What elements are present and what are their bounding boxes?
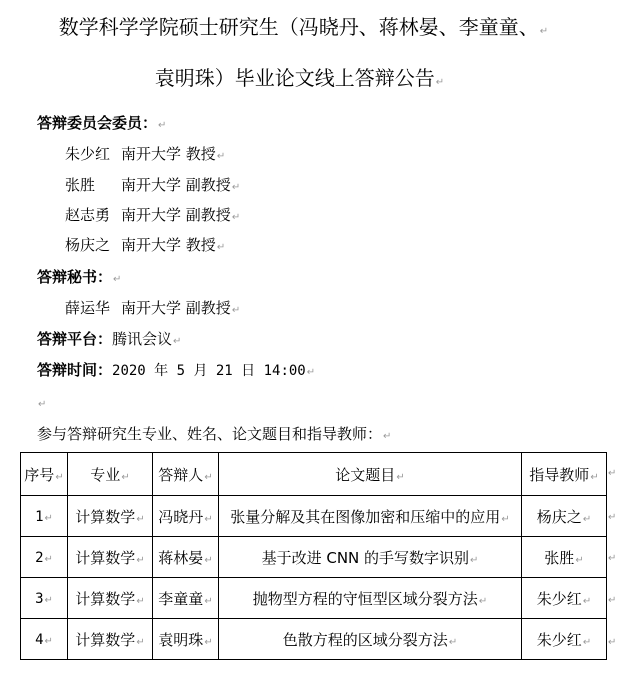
header-cell-advisor: 指导教师↵ xyxy=(522,453,607,496)
cell-candidate: 李童童↵ xyxy=(153,578,219,619)
secretary-affiliation: 南开大学 xyxy=(121,299,181,317)
committee-member: 杨庆之南开大学 教授↵ xyxy=(65,235,225,258)
secretary-label: 答辩秘书： xyxy=(37,268,112,286)
paragraph-mark-icon: ↵ xyxy=(501,514,509,525)
paragraph-mark-icon: ↵ xyxy=(583,596,591,607)
paragraph-mark-icon: ↵ xyxy=(55,472,63,483)
cell-advisor: 朱少红↵ xyxy=(522,578,607,619)
intro-text: 参与答辩研究生专业、姓名、论文题目和指导教师： xyxy=(37,425,382,443)
cell-advisor: 张胜↵ xyxy=(522,537,607,578)
header-cell-thesis-title: 论文题目↵ xyxy=(219,453,522,496)
table-row: 1↵ 计算数学↵ 冯晓丹↵ 张量分解及其在图像加密和压缩中的应用↵ 杨庆之↵ xyxy=(21,496,607,537)
paragraph-mark-icon: ↵ xyxy=(307,367,315,378)
committee-member: 赵志勇南开大学 副教授↵ xyxy=(65,205,240,228)
platform-line: 答辩平台：腾讯会议↵ xyxy=(37,329,181,352)
member-affiliation: 南开大学 xyxy=(121,236,181,254)
cell-thesis-title: 抛物型方程的守恒型区域分裂方法↵ xyxy=(219,578,522,619)
cell-index: 1↵ xyxy=(21,496,68,537)
row-end-mark-icon: ↵ xyxy=(608,512,616,523)
paragraph-mark-icon: ↵ xyxy=(232,182,240,193)
cell-candidate: 袁明珠↵ xyxy=(153,619,219,660)
table-row: 2↵ 计算数学↵ 蒋林晏↵ 基于改进 CNN 的手写数字识别↵ 张胜↵ xyxy=(21,537,607,578)
table-intro: 参与答辩研究生专业、姓名、论文题目和指导教师：↵ xyxy=(37,424,391,447)
paragraph-mark-icon: ↵ xyxy=(204,596,212,607)
paragraph-mark-icon: ↵ xyxy=(470,555,478,566)
row-end-mark-icon: ↵ xyxy=(608,595,616,606)
paragraph-mark-icon: ↵ xyxy=(121,472,129,483)
member-name: 朱少红 xyxy=(65,144,121,164)
cell-candidate: 冯晓丹↵ xyxy=(153,496,219,537)
platform-label: 答辩平台： xyxy=(37,330,112,348)
row-end-mark-icon: ↵ xyxy=(608,553,616,564)
document-title-line-2: 袁明珠）毕业论文线上答辩公告↵ xyxy=(0,66,611,95)
cell-advisor: 杨庆之↵ xyxy=(522,496,607,537)
paragraph-mark-icon: ↵ xyxy=(113,274,121,285)
secretary-entry: 薛运华南开大学 副教授↵ xyxy=(65,298,240,321)
paragraph-mark-icon: ↵ xyxy=(136,555,144,566)
paragraph-mark-icon: ↵ xyxy=(204,514,212,525)
cell-advisor: 朱少红↵ xyxy=(522,619,607,660)
row-end-mark-icon: ↵ xyxy=(608,637,616,648)
cell-thesis-title: 张量分解及其在图像加密和压缩中的应用↵ xyxy=(219,496,522,537)
paragraph-mark-icon: ↵ xyxy=(383,431,391,442)
paragraph-mark-icon: ↵ xyxy=(232,305,240,316)
paragraph-mark-icon: ↵ xyxy=(38,399,46,410)
paragraph-mark-icon: ↵ xyxy=(583,514,591,525)
paragraph-mark-icon: ↵ xyxy=(204,472,212,483)
title-text-2: 袁明珠）毕业论文线上答辩公告 xyxy=(155,66,435,90)
cell-major: 计算数学↵ xyxy=(68,537,153,578)
secretary-heading: 答辩秘书：↵ xyxy=(37,267,121,290)
member-affiliation: 南开大学 xyxy=(121,176,181,194)
paragraph-mark-icon: ↵ xyxy=(449,637,457,648)
member-title: 教授 xyxy=(186,236,216,254)
secretary-name: 薛运华 xyxy=(65,298,121,318)
paragraph-mark-icon: ↵ xyxy=(217,242,225,253)
member-name: 赵志勇 xyxy=(65,205,121,225)
paragraph-mark-icon: ↵ xyxy=(45,513,53,524)
secretary-title: 副教授 xyxy=(186,299,231,317)
cell-index: 2↵ xyxy=(21,537,68,578)
cell-major: 计算数学↵ xyxy=(68,578,153,619)
paragraph-mark-icon: ↵ xyxy=(583,637,591,648)
paragraph-mark-icon: ↵ xyxy=(45,554,53,565)
member-name: 张胜 xyxy=(65,175,121,195)
time-value: 2020 年 5 月 21 日 14:00 xyxy=(112,363,306,379)
cell-thesis-title: 色散方程的区域分裂方法↵ xyxy=(219,619,522,660)
table-row: 4↵ 计算数学↵ 袁明珠↵ 色散方程的区域分裂方法↵ 朱少红↵ xyxy=(21,619,607,660)
paragraph-mark-icon: ↵ xyxy=(136,514,144,525)
member-title: 教授 xyxy=(186,145,216,163)
cell-major: 计算数学↵ xyxy=(68,619,153,660)
table-header-row: 序号↵ 专业↵ 答辩人↵ 论文题目↵ 指导教师↵ xyxy=(21,453,607,496)
paragraph-mark-icon: ↵ xyxy=(436,77,444,88)
paragraph-mark-icon: ↵ xyxy=(590,472,598,483)
paragraph-mark-icon: ↵ xyxy=(396,472,404,483)
table-row: 3↵ 计算数学↵ 李童童↵ 抛物型方程的守恒型区域分裂方法↵ 朱少红↵ xyxy=(21,578,607,619)
paragraph-mark-icon: ↵ xyxy=(45,595,53,606)
paragraph-mark-icon: ↵ xyxy=(173,336,181,347)
time-line: 答辩时间：2020 年 5 月 21 日 14:00↵ xyxy=(37,360,315,383)
member-name: 杨庆之 xyxy=(65,235,121,255)
paragraph-mark-icon: ↵ xyxy=(204,555,212,566)
row-end-mark-icon: ↵ xyxy=(608,468,616,479)
cell-major: 计算数学↵ xyxy=(68,496,153,537)
paragraph-mark-icon: ↵ xyxy=(136,596,144,607)
header-cell-major: 专业↵ xyxy=(68,453,153,496)
empty-paragraph: ↵ xyxy=(37,392,46,415)
cell-index: 3↵ xyxy=(21,578,68,619)
platform-value: 腾讯会议 xyxy=(112,330,172,348)
paragraph-mark-icon: ↵ xyxy=(204,637,212,648)
time-label: 答辩时间： xyxy=(37,361,112,379)
cell-index: 4↵ xyxy=(21,619,68,660)
committee-heading: 答辩委员会委员：↵ xyxy=(37,113,166,136)
defense-roster-table: 序号↵ 专业↵ 答辩人↵ 论文题目↵ 指导教师↵ 1↵ 计算数学↵ 冯晓丹↵ 张… xyxy=(20,452,607,660)
paragraph-mark-icon: ↵ xyxy=(45,636,53,647)
paragraph-mark-icon: ↵ xyxy=(217,151,225,162)
member-title: 副教授 xyxy=(186,206,231,224)
header-cell-candidate: 答辩人↵ xyxy=(153,453,219,496)
paragraph-mark-icon: ↵ xyxy=(158,120,166,131)
committee-member: 朱少红南开大学 教授↵ xyxy=(65,144,225,167)
cell-thesis-title: 基于改进 CNN 的手写数字识别↵ xyxy=(219,537,522,578)
member-title: 副教授 xyxy=(186,176,231,194)
paragraph-mark-icon: ↵ xyxy=(540,26,548,37)
header-cell-index: 序号↵ xyxy=(21,453,68,496)
document-title-line-1: 数学科学学院硕士研究生（冯晓丹、蒋林晏、李童童、↵ xyxy=(0,15,615,44)
paragraph-mark-icon: ↵ xyxy=(575,555,583,566)
paragraph-mark-icon: ↵ xyxy=(479,596,487,607)
title-text-1: 数学科学学院硕士研究生（冯晓丹、蒋林晏、李童童、 xyxy=(59,15,539,39)
paragraph-mark-icon: ↵ xyxy=(136,637,144,648)
paragraph-mark-icon: ↵ xyxy=(232,212,240,223)
cell-candidate: 蒋林晏↵ xyxy=(153,537,219,578)
member-affiliation: 南开大学 xyxy=(121,206,181,224)
committee-label: 答辩委员会委员： xyxy=(37,114,157,132)
committee-member: 张胜南开大学 副教授↵ xyxy=(65,175,240,198)
member-affiliation: 南开大学 xyxy=(121,145,181,163)
